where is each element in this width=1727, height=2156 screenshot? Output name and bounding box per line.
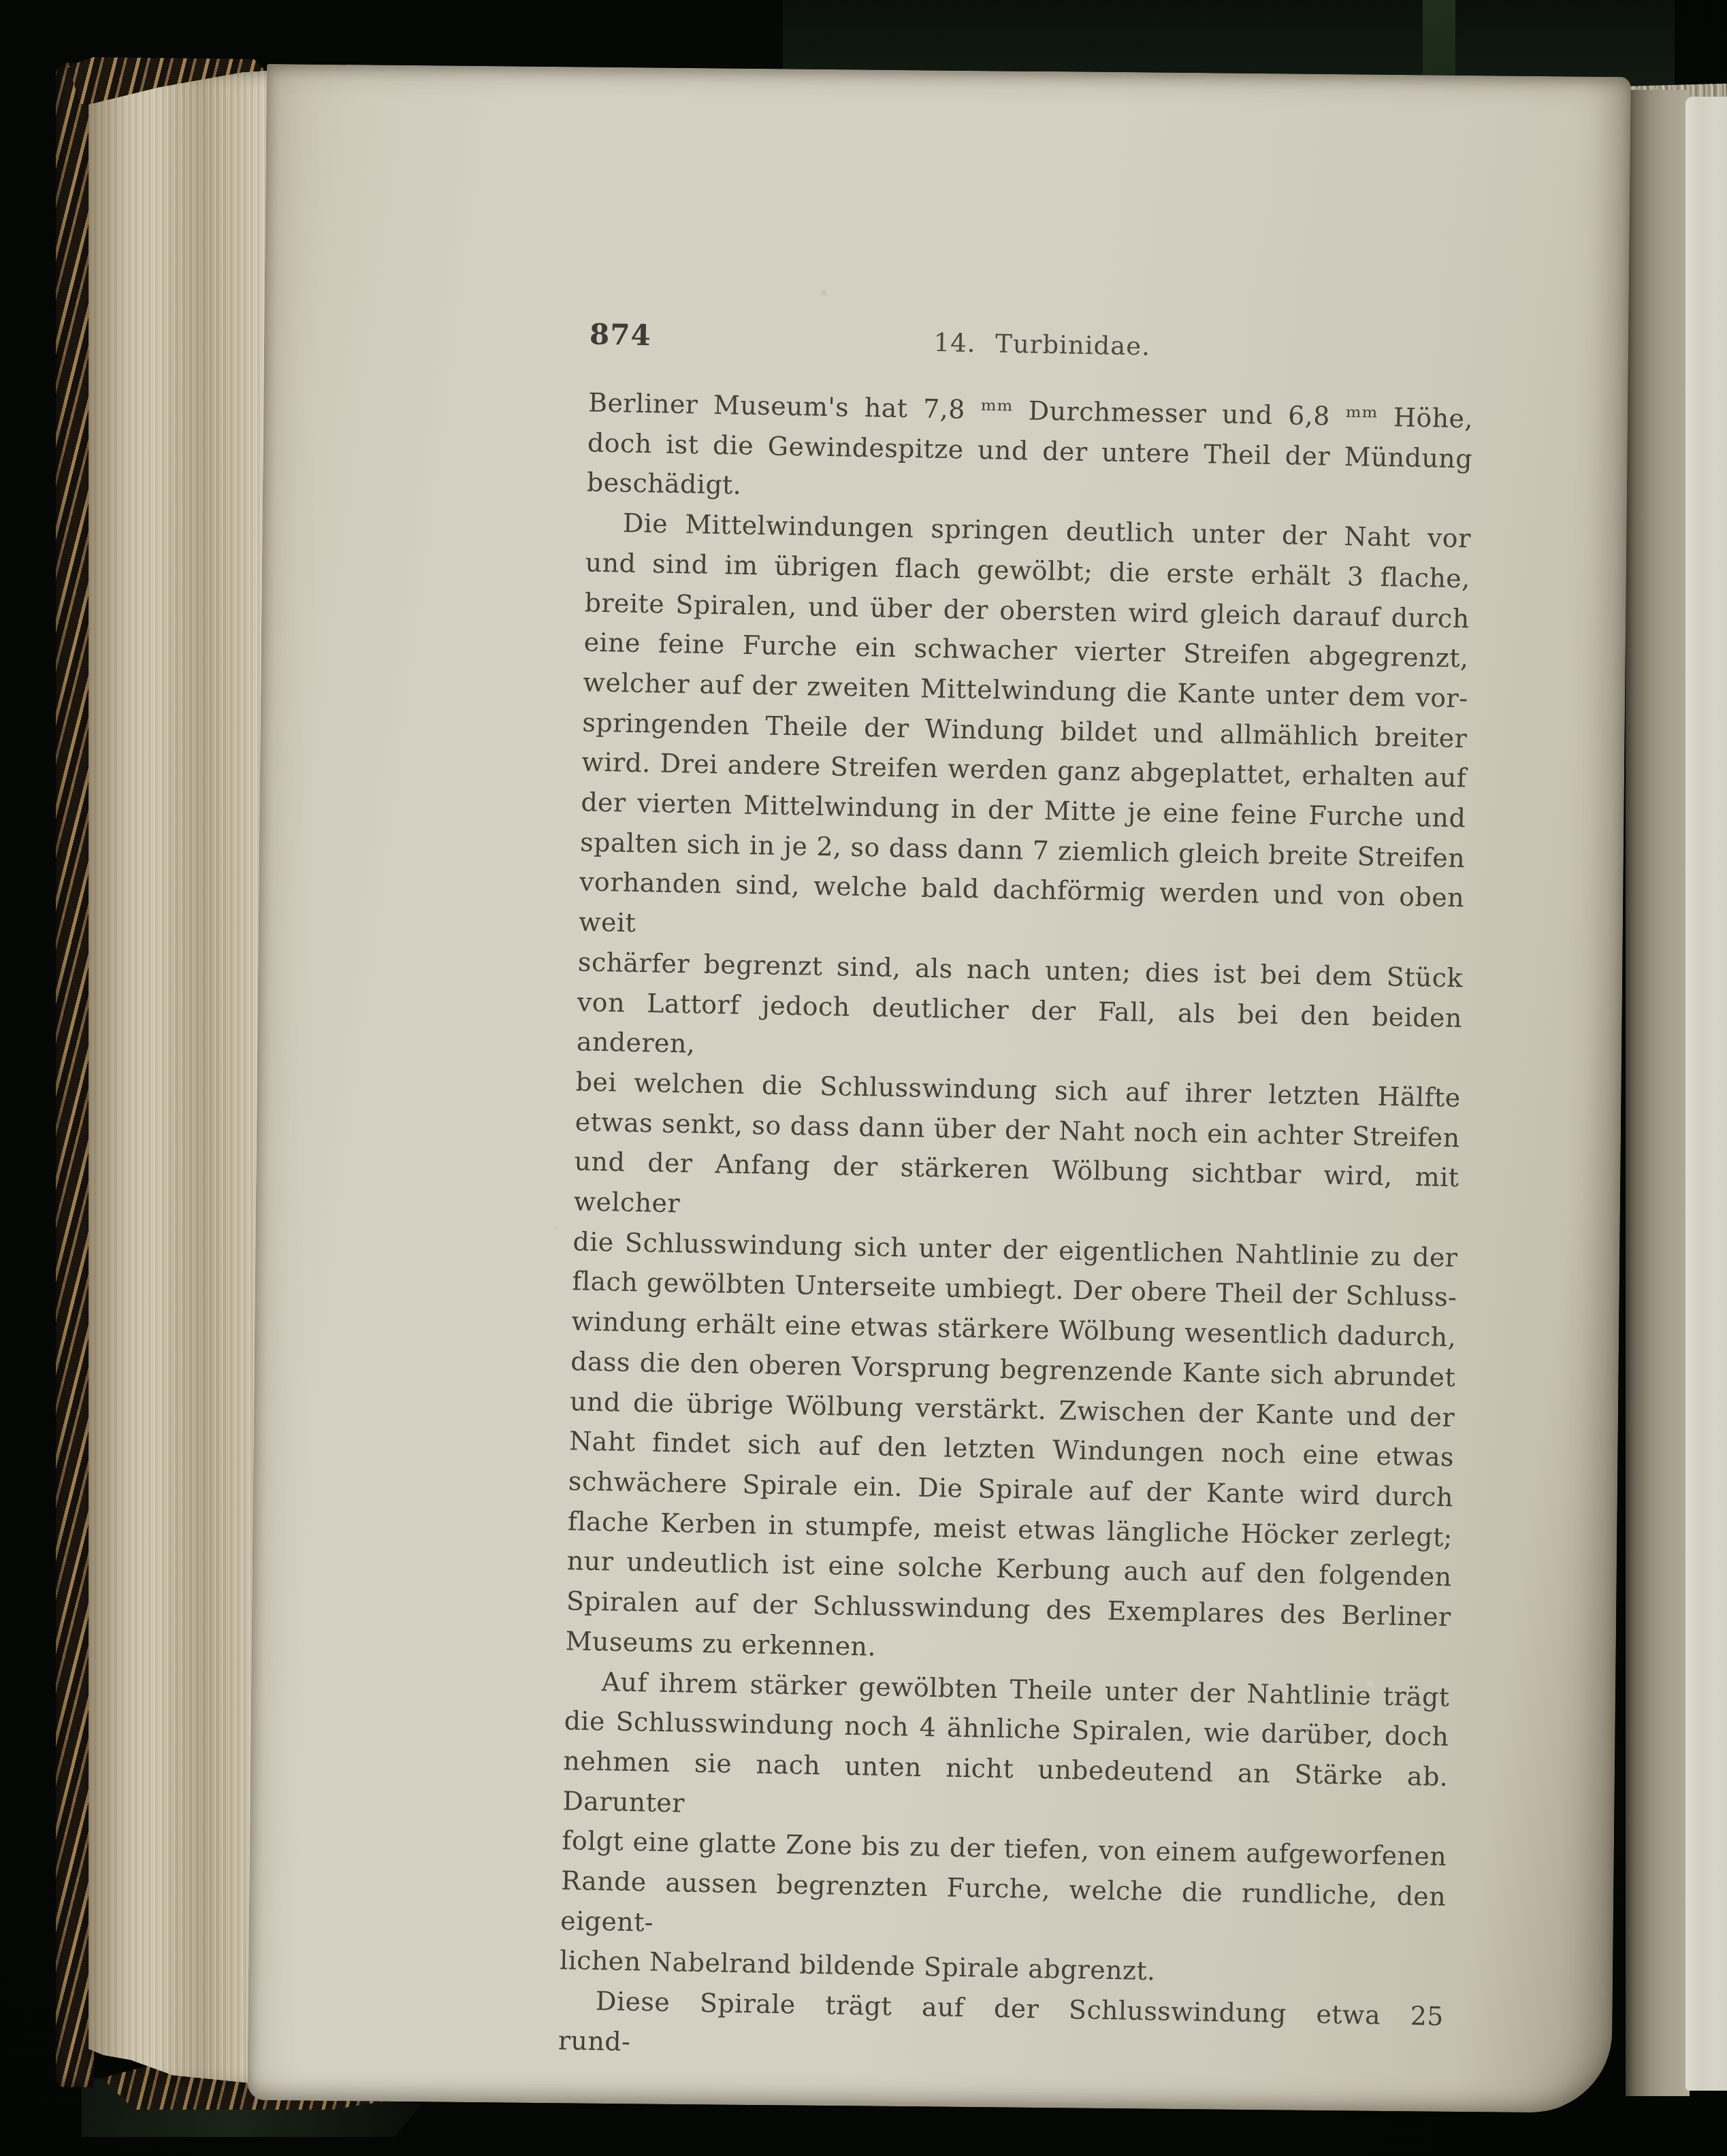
text-line: Diese Spirale trägt auf der Schlusswindu… — [558, 1980, 1444, 2076]
book-photograph: 874 14. Turbinidae. Berliner Museum's ha… — [0, 0, 1727, 2156]
page-header: 874 14. Turbinidae. — [589, 316, 1474, 375]
open-page: 874 14. Turbinidae. Berliner Museum's ha… — [247, 64, 1631, 2113]
cover-marbled-edge — [56, 63, 94, 2087]
running-header: 14. Turbinidae. — [610, 322, 1475, 367]
body-text: Berliner Museum's hat 7,8 ᵐᵐ Durchmesser… — [558, 383, 1473, 2077]
page-content: 874 14. Turbinidae. Berliner Museum's ha… — [558, 316, 1474, 2077]
page-gutter-shadow — [1626, 90, 1690, 2096]
facing-page-edge — [1685, 97, 1727, 2091]
